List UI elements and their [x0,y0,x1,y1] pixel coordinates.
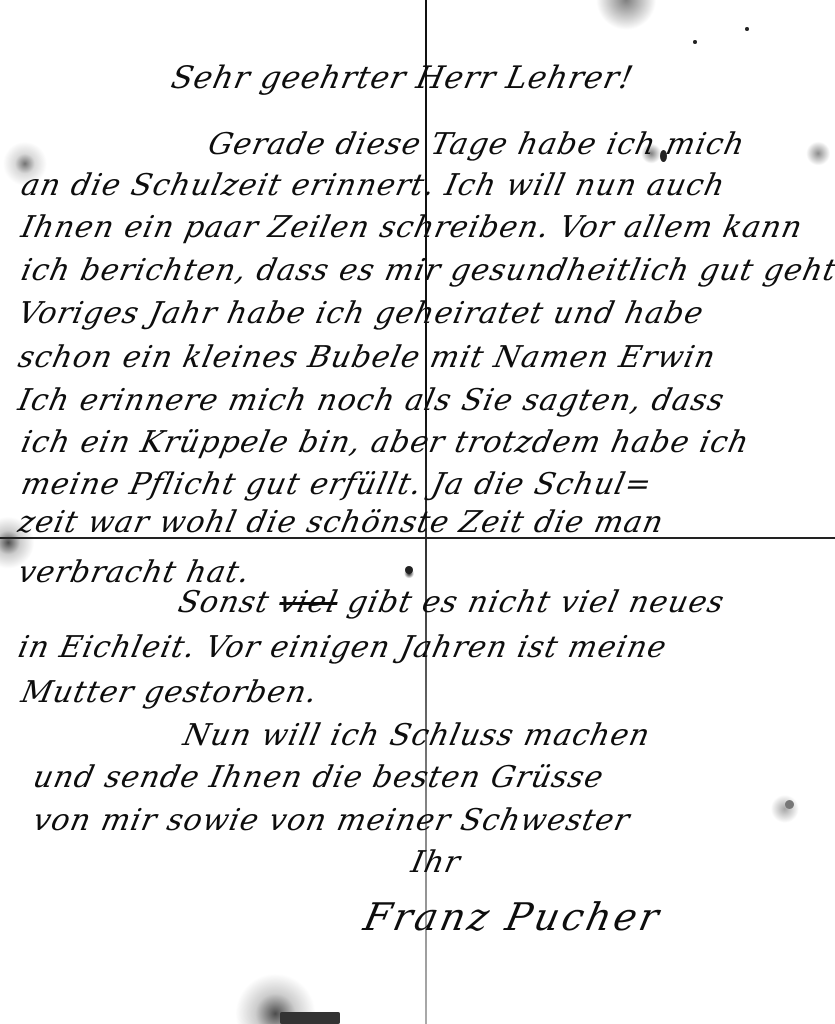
paragraph2-first-line: Sonst viel gibt es nicht viel neues [175,585,728,620]
salutation: Sehr geehrter Herr Lehrer! [168,60,637,96]
letter-line: Nun will ich Schluss machen [180,718,654,753]
letter-line: in Eichleit. Vor einigen Jahren ist mein… [15,630,670,665]
letter-line: ich berichten, dass es mir gesundheitlic… [18,253,835,288]
signature: Franz Pucher [360,895,666,939]
letter-line: meine Pflicht gut erfüllt. Ja die Schul= [18,467,655,502]
paragraph2-word: Sonst [175,585,273,620]
letter-line: Gerade diese Tage habe ich mich [205,127,748,162]
letter-line: schon ein kleines Bubele mit Namen Erwin [15,340,719,375]
paragraph2-rest: gibt es nicht viel neues [344,585,727,620]
closing: Ihr [408,845,464,880]
letter-line: zeit war wohl die schönste Zeit die man [15,505,667,540]
letter-line: von mir sowie von meiner Schwester [30,803,634,838]
letter-body: Sehr geehrter Herr Lehrer! Gerade diese … [0,0,835,1024]
letter-line: Ich erinnere mich noch als Sie sagten, d… [15,383,728,418]
letter-line: Ihnen ein paar Zeilen schreiben. Vor all… [18,210,806,245]
letter-line: Mutter gestorben. [18,675,321,710]
struck-word: viel [276,585,341,620]
letter-line: und sende Ihnen die besten Grüsse [30,760,607,795]
letter-line: an die Schulzeit erinnert. Ich will nun … [18,168,729,203]
letter-line: Voriges Jahr habe ich geheiratet und hab… [15,296,707,331]
letter-line: ich ein Krüppele bin, aber trotzdem habe… [18,425,753,460]
